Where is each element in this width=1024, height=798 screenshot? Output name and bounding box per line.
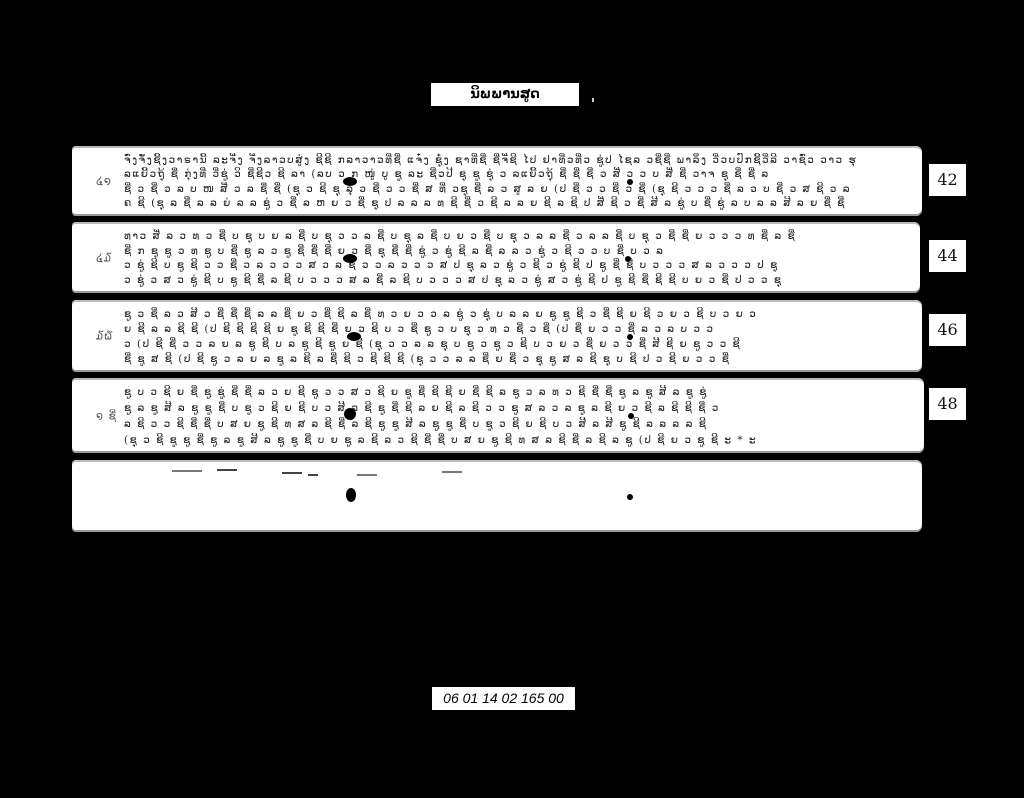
reel-frame-id-label: 06 01 14 02 165 00 [432, 687, 575, 710]
binding-hole-icon [347, 332, 361, 341]
leaf-margin-number: ໓໖ [96, 330, 113, 343]
leaf-margin-number: ໔໓ [96, 251, 112, 264]
palm-leaf-1: ໔໑ ຈົ່ງຈັ່ງຊີ້ງວາຣານີ້ ລະຈີ່ງ ຈີ່ງລາວບສູ… [72, 146, 922, 216]
leaf-text-block: ຊູ ວ ຊີ່ ລ ວ ສີ ວ ຊີ່ ຊີ່ ຊີ່ ລ ລ ຊີ່ ຍ … [124, 307, 862, 366]
binding-hole-icon [628, 413, 634, 419]
leaf-text-block: ຊູ ບ ວ ຊີ ຍ ຊີ່ ຊູ ຊູ່ ຊີ່ ຊີ່ ລ ວ ຍ ຊີ … [124, 385, 864, 447]
scan-speck [592, 98, 594, 102]
binding-hole-icon [343, 254, 357, 263]
text-line: ຊູ ວ ຊີ່ ລ ວ ສີ ວ ຊີ່ ຊີ່ ຊີ່ ລ ລ ຊີ່ ຍ … [124, 307, 862, 321]
text-line: ທາວ ສີ່ ລ ວ ທ ວ ຊີ່ ບ ຊຸ ບ ຍ ລ ຊີ່ ບ ຊຸ … [124, 229, 860, 243]
text-line: ລແຍ້ີວຖຸ້ ຊື່ ກຸ່ງທີ່ ວີ່ຊູ່ ວິ ຊີ່ຊີວ ຊ… [124, 167, 862, 181]
folio-number-label: 48 [929, 388, 966, 420]
scratch-mark [172, 470, 202, 472]
folio-number-label: 42 [929, 164, 966, 196]
scratch-mark [308, 474, 318, 476]
text-line: ລ ຊີ ວ ວ ຊີ ຊີ່ ຊີ່ ບ ສ ຍ ຊູ ຊີ ທ ສ ລ ຊີ… [124, 417, 864, 431]
palm-leaf-3: ໓໖ ຊູ ວ ຊີ່ ລ ວ ສີ ວ ຊີ່ ຊີ່ ຊີ່ ລ ລ ຊີ່… [72, 300, 922, 372]
text-line: ຊູ ບ ວ ຊີ ຍ ຊີ່ ຊູ ຊູ່ ຊີ່ ຊີ່ ລ ວ ຍ ຊີ … [124, 385, 864, 399]
scratch-mark [357, 474, 377, 476]
scratch-mark [282, 472, 302, 474]
binding-hole-icon [625, 256, 631, 262]
text-line: ຊີ່ ວ ຊີ່ ວ ລ ບ ໜ ສີ່ ວ ລ ຊື່ ຊີ່ (ຊຸ ວ … [124, 182, 862, 196]
palm-leaf-4: ໑ ຊີ່ ຊູ ບ ວ ຊີ ຍ ຊີ່ ຊູ ຊູ່ ຊີ່ ຊີ່ ລ ວ… [72, 378, 924, 453]
folio-number-label: 46 [929, 314, 966, 346]
scratch-mark [217, 469, 237, 471]
text-line: ຍ ຊີ ລ ລ ຊີ ຊີ (ປ ຊີ ຊີ ຊີ ຊີ ຍ ຊູ ຊີ ຊີ… [124, 322, 862, 336]
scratch-mark [442, 471, 462, 473]
leaf-margin-number: ໔໑ [96, 175, 112, 188]
leaf-margin-number: ໑ ຊີ່ [96, 409, 117, 422]
binding-hole-icon [627, 494, 633, 500]
text-line: ຊູ ລ ຊູ ສີ ລ ຊູ ຊູ ຊີ່ ບ ຊູ ວ ຊີ ຍ ຊີ ບ … [124, 401, 864, 415]
binding-hole-icon [344, 408, 356, 420]
text-line: ວ ຊູ່ ຊີ ບ ຊູ ຊີ ວ ວ ຊີ່ ວ ລ ວ ວ ວ ສ ວ ລ… [124, 258, 860, 272]
palm-leaf-5-blank [72, 460, 922, 532]
text-line: ວ ຊູ່ ວ ສ ວ ຊູ່ ຊີ ບ ຊູ ຊີ ຊີ່ ລ ຊີ ບ ວ … [124, 273, 860, 287]
leaf-text-block: ທາວ ສີ່ ລ ວ ທ ວ ຊີ່ ບ ຊຸ ບ ຍ ລ ຊີ່ ບ ຊຸ … [124, 229, 860, 287]
text-line: ຊີ່ ກ ຊຸ ຊູ ວ ທ ຊູ ບ ຊີ່ ຊູ ລ ວ ຊູ ຊີ່ ຊ… [124, 244, 860, 258]
folio-number-label: 44 [929, 240, 966, 272]
text-line: (ຊຸ ວ ຊີ ຊູ ຊູ ຊີ່ ຊູ ລ ຊູ ສີ ລ ຊູ ຊູ ຊີ… [124, 433, 864, 447]
text-line: ຈົ່ງຈັ່ງຊີ້ງວາຣານີ້ ລະຈີ່ງ ຈີ່ງລາວບສູ່ງ … [124, 153, 862, 167]
palm-leaf-2: ໔໓ ທາວ ສີ່ ລ ວ ທ ວ ຊີ່ ບ ຊຸ ບ ຍ ລ ຊີ່ ບ … [72, 222, 920, 293]
text-line: ຄ ຊີ (ຊຸ ລ ຊີ່ ລ ລ ຍ່ ລ ລ ຊູ່ ວ ຊີ່ ລ ຫ … [124, 196, 862, 210]
text-line: ຊີ່ ຊູ ສ ຊີ (ປ ຊີ ຊູ ວ ລ ຍ ລ ຊູ ລ ຊີ ລ ຊ… [124, 352, 862, 366]
binding-hole-icon [627, 179, 633, 185]
binding-hole-icon [346, 488, 356, 502]
leaf-text-block: ຈົ່ງຈັ່ງຊີ້ງວາຣານີ້ ລະຈີ່ງ ຈີ່ງລາວບສູ່ງ … [124, 153, 862, 210]
binding-hole-icon [627, 334, 633, 340]
binding-hole-icon [343, 177, 357, 186]
manuscript-title-label: ນິພພານສູດ [431, 83, 579, 106]
text-line: ວ (ປ ຊີ ຊີ່ ວ ວ ລ ຍ ລ ຊູ ຊີ ບ ລ ຊູ ຊີ ຊູ… [124, 337, 862, 351]
